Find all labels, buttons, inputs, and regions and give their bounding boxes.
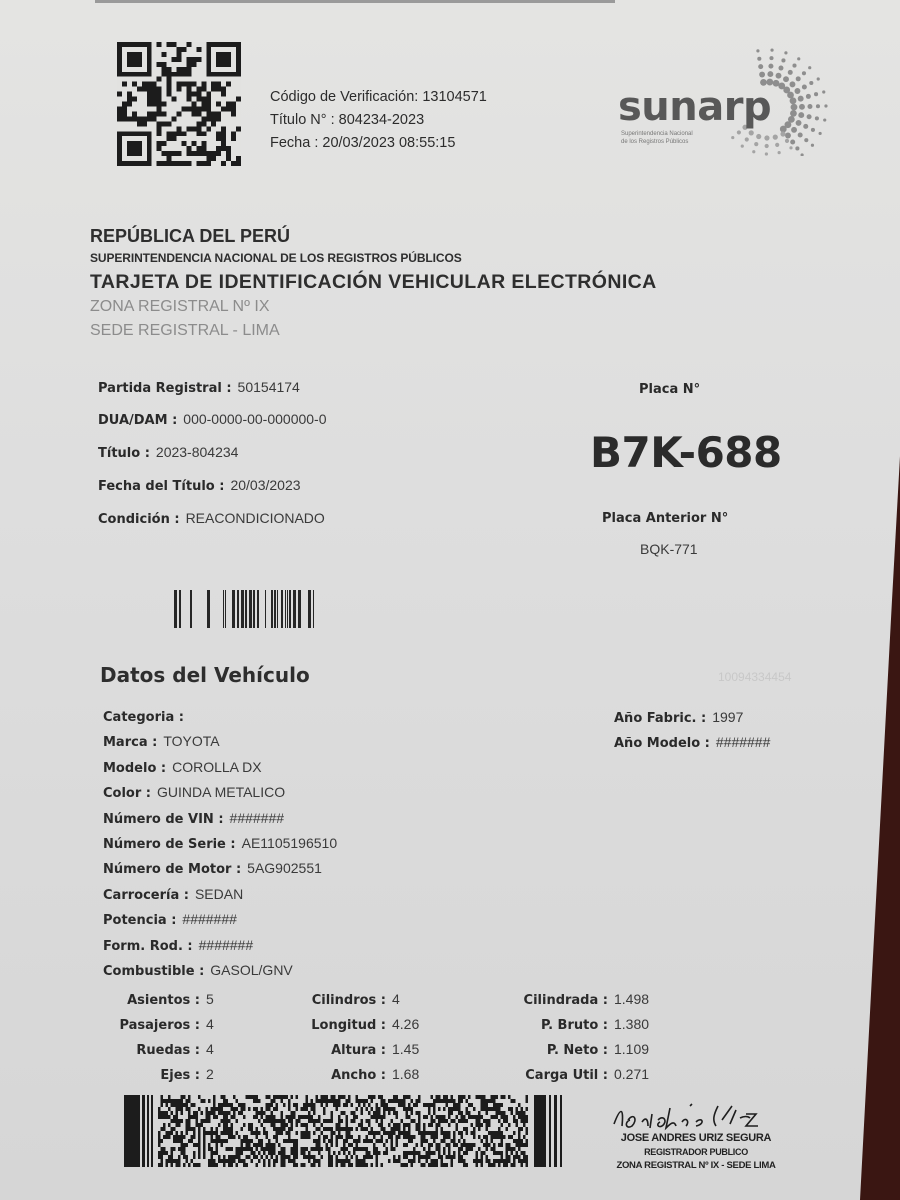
sede-registral: SEDE REGISTRAL - LIMA xyxy=(90,322,280,340)
spec-field: Ancho :1.68 xyxy=(276,1066,419,1083)
field-label: Combustible : xyxy=(103,964,204,979)
vehicle-field: Modelo :COROLLA DX xyxy=(103,759,262,776)
vehicle-field: Año Fabric. :1997 xyxy=(614,709,743,726)
field-label: Categoria : xyxy=(103,710,184,725)
vehicle-field: Carrocería :SEDAN xyxy=(103,886,243,903)
vehicle-field: Número de Serie :AE1105196510 xyxy=(103,835,337,852)
field-label: Número de VIN : xyxy=(103,812,224,827)
field-label: Número de Motor : xyxy=(103,862,241,877)
vehicle-field: Form. Rod. :####### xyxy=(103,937,253,954)
field-label: Título : xyxy=(98,446,150,461)
field-value: 5AG902551 xyxy=(247,860,322,876)
field-value: GASOL/GNV xyxy=(210,962,292,978)
country-heading: REPÚBLICA DEL PERÚ xyxy=(90,226,290,247)
spec-label: Carga Util : xyxy=(498,1068,608,1083)
spec-label: Ancho : xyxy=(276,1068,386,1083)
field-label: Potencia : xyxy=(103,913,176,928)
plate-number: B7K-688 xyxy=(590,428,782,477)
registrar-signature: JOSE ANDRES URIZ SEGURA REGISTRADOR PUBL… xyxy=(596,1100,796,1180)
field-value: 000-0000-00-000000-0 xyxy=(183,411,326,427)
previous-plate-number: BQK-771 xyxy=(640,541,698,557)
pdf417-barcode-icon xyxy=(124,1095,564,1167)
field-value: AE1105196510 xyxy=(242,835,338,851)
spec-field: Cilindrada :1.498 xyxy=(498,991,649,1008)
spec-label: P. Neto : xyxy=(498,1043,608,1058)
spec-label: Altura : xyxy=(276,1043,386,1058)
registrar-name: JOSE ANDRES URIZ SEGURA xyxy=(596,1132,796,1144)
field-value: ####### xyxy=(199,937,254,953)
field-value: 2023-804234 xyxy=(156,444,239,460)
field-value: ####### xyxy=(230,810,285,826)
table-edge xyxy=(860,0,900,1200)
vehicle-field: Categoria : xyxy=(103,708,190,725)
registration-field: Partida Registral :50154174 xyxy=(98,379,300,396)
field-label: Modelo : xyxy=(103,761,166,776)
spec-label: Cilindrada : xyxy=(498,993,608,1008)
field-value: 1997 xyxy=(712,709,743,725)
spec-field: Longitud :4.26 xyxy=(276,1016,419,1033)
field-value: 50154174 xyxy=(238,379,300,395)
spec-value: 4 xyxy=(392,991,400,1007)
registration-field: Fecha del Título :20/03/2023 xyxy=(98,477,301,494)
field-label: Año Modelo : xyxy=(614,736,710,751)
logo-subtitle: Superintendencia Nacional de los Registr… xyxy=(621,130,731,146)
spec-field: Pasajeros :4 xyxy=(90,1016,214,1033)
agency-heading: SUPERINTENDENCIA NACIONAL DE LOS REGISTR… xyxy=(90,251,462,265)
spec-value: 2 xyxy=(206,1066,214,1082)
spec-label: Cilindros : xyxy=(276,993,386,1008)
spec-value: 1.68 xyxy=(392,1066,419,1082)
plate-label: Placa N° xyxy=(639,382,700,397)
spec-value: 5 xyxy=(206,991,214,1007)
field-value: 20/03/2023 xyxy=(230,477,300,493)
field-value: REACONDICIONADO xyxy=(186,510,325,526)
spec-label: Longitud : xyxy=(276,1018,386,1033)
registrar-role: REGISTRADOR PUBLICO xyxy=(596,1147,796,1157)
field-label: Condición : xyxy=(98,512,180,527)
registration-field: Condición :REACONDICIONADO xyxy=(98,510,325,527)
vehicle-section-title: Datos del Vehículo xyxy=(100,663,310,687)
spec-label: Ruedas : xyxy=(90,1043,200,1058)
spec-field: P. Bruto :1.380 xyxy=(498,1016,649,1033)
field-value: COROLLA DX xyxy=(172,759,261,775)
spec-label: P. Bruto : xyxy=(498,1018,608,1033)
zona-registral: ZONA REGISTRAL Nº IX xyxy=(90,298,270,316)
spec-value: 4.26 xyxy=(392,1016,419,1032)
field-label: Form. Rod. : xyxy=(103,939,193,954)
spec-field: Ruedas :4 xyxy=(90,1041,214,1058)
spec-field: Ejes :2 xyxy=(90,1066,214,1083)
spec-label: Asientos : xyxy=(90,993,200,1008)
field-value: TOYOTA xyxy=(163,733,219,749)
spec-label: Ejes : xyxy=(90,1068,200,1083)
vehicle-field: Combustible :GASOL/GNV xyxy=(103,962,293,979)
spec-value: 4 xyxy=(206,1041,214,1057)
spec-value: 1.498 xyxy=(614,991,649,1007)
field-label: Partida Registral : xyxy=(98,381,232,396)
document-title: TARJETA DE IDENTIFICACIÓN VEHICULAR ELEC… xyxy=(90,271,657,294)
vehicle-field: Potencia :####### xyxy=(103,911,237,928)
vehicle-field: Número de Motor :5AG902551 xyxy=(103,860,322,877)
spec-value: 1.109 xyxy=(614,1041,649,1057)
field-label: Año Fabric. : xyxy=(614,711,706,726)
field-label: DUA/DAM : xyxy=(98,413,177,428)
previous-plate-label: Placa Anterior N° xyxy=(602,511,728,526)
barcode-icon xyxy=(170,590,320,628)
field-value: GUINDA METALICO xyxy=(157,784,285,800)
spec-label: Pasajeros : xyxy=(90,1018,200,1033)
spec-value: 0.271 xyxy=(614,1066,649,1082)
spec-field: Cilindros :4 xyxy=(276,991,400,1008)
field-label: Fecha del Título : xyxy=(98,479,224,494)
verification-block: Código de Verificación: 13104571 Título … xyxy=(270,86,487,155)
verification-code: Código de Verificación: 13104571 xyxy=(270,86,487,109)
spec-field: P. Neto :1.109 xyxy=(498,1041,649,1058)
logo-wordmark: sunarp xyxy=(618,84,771,130)
field-label: Carrocería : xyxy=(103,888,189,903)
spec-value: 1.45 xyxy=(392,1041,419,1057)
field-label: Número de Serie : xyxy=(103,837,236,852)
registration-field: DUA/DAM :000-0000-00-000000-0 xyxy=(98,411,327,428)
watermark: 10094334454 xyxy=(718,670,791,684)
vehicle-field: Año Modelo :####### xyxy=(614,734,770,751)
vehicle-field: Número de VIN :####### xyxy=(103,810,284,827)
field-value: ####### xyxy=(182,911,237,927)
issue-datetime: Fecha : 20/03/2023 08:55:15 xyxy=(270,132,487,155)
spec-field: Altura :1.45 xyxy=(276,1041,419,1058)
spec-field: Asientos :5 xyxy=(90,991,214,1008)
title-number: Título N° : 804234-2023 xyxy=(270,109,487,132)
field-value: ####### xyxy=(716,734,771,750)
vehicle-field: Color :GUINDA METALICO xyxy=(103,784,285,801)
vehicle-field: Marca :TOYOTA xyxy=(103,733,220,750)
registrar-office: ZONA REGISTRAL Nº IX - SEDE LIMA xyxy=(596,1160,796,1171)
document-page: Código de Verificación: 13104571 Título … xyxy=(0,0,900,1200)
spec-value: 4 xyxy=(206,1016,214,1032)
qr-code-icon xyxy=(117,42,241,166)
field-label: Color : xyxy=(103,786,151,801)
signature-scribble-icon xyxy=(606,1100,776,1132)
paper-edge xyxy=(95,0,615,3)
spec-value: 1.380 xyxy=(614,1016,649,1032)
field-value: SEDAN xyxy=(195,886,243,902)
sunarp-logo: sunarp Superintendencia Nacional de los … xyxy=(618,44,828,156)
registration-field: Título :2023-804234 xyxy=(98,444,238,461)
field-label: Marca : xyxy=(103,735,157,750)
spec-field: Carga Util :0.271 xyxy=(498,1066,649,1083)
